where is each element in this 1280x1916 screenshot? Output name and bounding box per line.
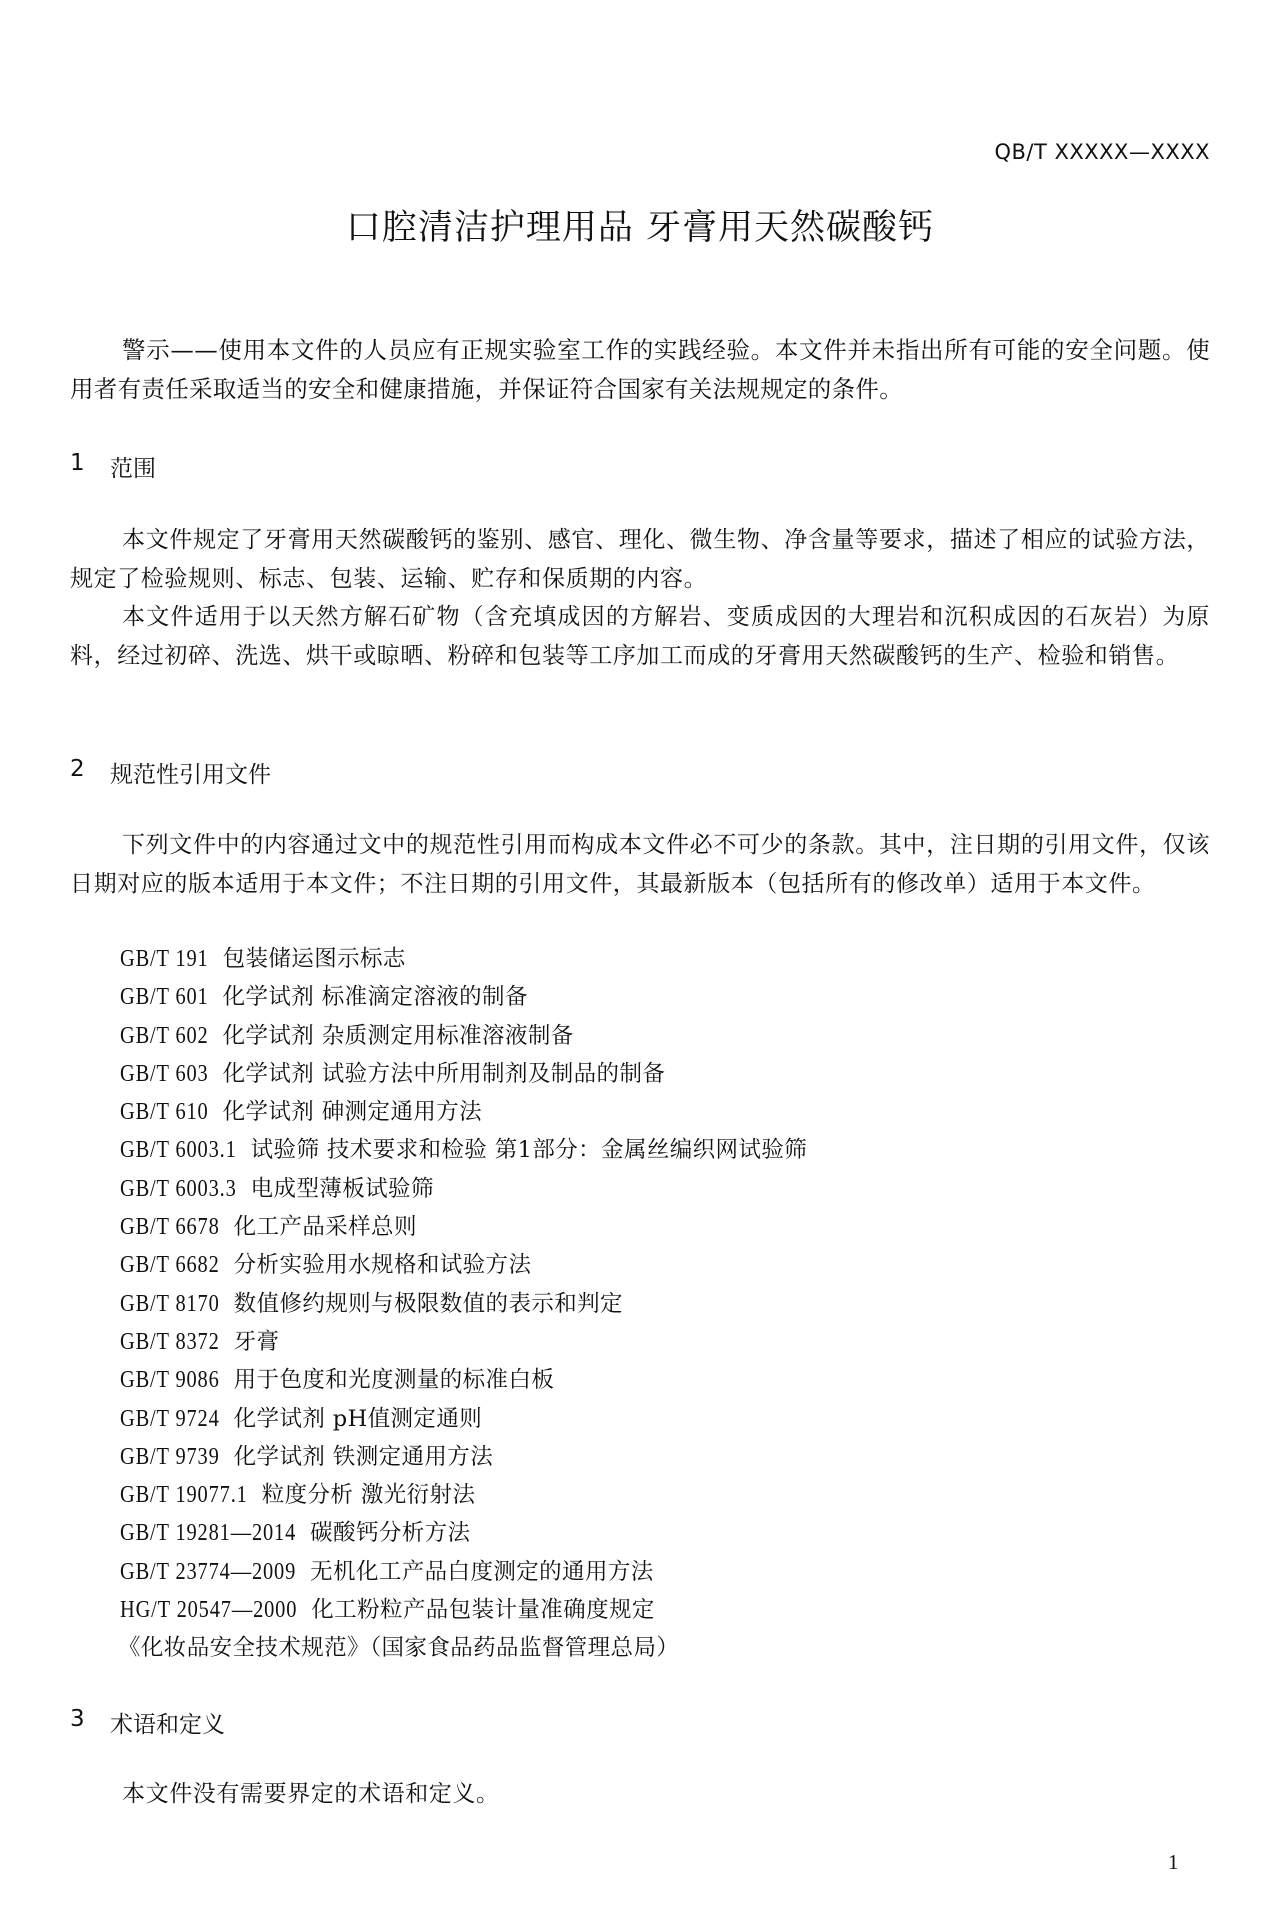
- reference-title: 数值修约规则与极限数值的表示和判定: [234, 1291, 623, 1317]
- reference-title: 粒度分析 激光衍射法: [262, 1482, 476, 1508]
- reference-title: 化学试剂 试验方法中所用制剂及制品的制备: [223, 1061, 666, 1087]
- reference-item: GB/T 6678化工产品采样总则: [120, 1208, 807, 1246]
- reference-code: GB/T 19281—2014: [120, 1514, 296, 1552]
- reference-item: 《化妆品安全技术规范》（国家食品药品监督管理总局）: [118, 1629, 807, 1667]
- reference-item: GB/T 191包装储运图示标志: [120, 940, 807, 978]
- section-heading-normative-references: 2 规范性引用文件: [70, 756, 271, 789]
- reference-title: 用于色度和光度测量的标准白板: [234, 1367, 555, 1393]
- terms-body: 本文件没有需要界定的术语和定义。: [70, 1775, 1210, 1814]
- reference-item: GB/T 603化学试剂 试验方法中所用制剂及制品的制备: [120, 1055, 807, 1093]
- section-heading-terms-definitions: 3 术语和定义: [70, 1706, 225, 1739]
- section-number: 2: [70, 756, 110, 789]
- reference-code: GB/T 6678: [120, 1208, 220, 1246]
- section-title: 术语和定义: [110, 1706, 225, 1739]
- reference-item: GB/T 23774—2009无机化工产品白度测定的通用方法: [120, 1553, 807, 1591]
- reference-item: GB/T 9086用于色度和光度测量的标准白板: [120, 1361, 807, 1399]
- reference-code: GB/T 6682: [120, 1246, 220, 1284]
- reference-title: 化学试剂 标准滴定溶液的制备: [223, 984, 528, 1010]
- reference-item: GB/T 19077.1粒度分析 激光衍射法: [120, 1476, 807, 1514]
- page-number: 1: [1168, 1850, 1179, 1875]
- section-number: 1: [70, 450, 110, 483]
- reference-title: 无机化工产品白度测定的通用方法: [310, 1559, 654, 1585]
- reference-item: GB/T 19281—2014碳酸钙分析方法: [120, 1514, 807, 1552]
- reference-item: GB/T 6682分析实验用水规格和试验方法: [120, 1246, 807, 1284]
- reference-list: GB/T 191包装储运图示标志 GB/T 601化学试剂 标准滴定溶液的制备 …: [120, 940, 807, 1668]
- document-title: 口腔清洁护理用品 牙膏用天然碳酸钙: [0, 200, 1280, 250]
- reference-item: GB/T 8372牙膏: [120, 1323, 807, 1361]
- scope-paragraph: 本文件规定了牙膏用天然碳酸钙的鉴别、感官、理化、微生物、净含量等要求，描述了相应…: [70, 521, 1210, 598]
- reference-code: GB/T 602: [120, 1017, 209, 1055]
- scope-paragraph: 本文件适用于以天然方解石矿物（含充填成因的方解岩、变质成因的大理岩和沉积成因的石…: [70, 598, 1210, 675]
- reference-title: 碳酸钙分析方法: [310, 1520, 470, 1546]
- reference-title: 化学试剂 pH值测定通则: [234, 1406, 482, 1432]
- references-paragraph: 下列文件中的内容通过文中的规范性引用而构成本文件必不可少的条款。其中，注日期的引…: [70, 826, 1210, 903]
- section-title: 规范性引用文件: [110, 756, 271, 789]
- reference-code: GB/T 9724: [120, 1400, 220, 1438]
- reference-title: 包装储运图示标志: [223, 946, 406, 972]
- reference-item: GB/T 9739化学试剂 铁测定通用方法: [120, 1438, 807, 1476]
- reference-title: 化学试剂 铁测定通用方法: [234, 1444, 493, 1470]
- reference-code: GB/T 610: [120, 1093, 209, 1131]
- document-page: QB/T XXXXX—XXXX 口腔清洁护理用品 牙膏用天然碳酸钙 警示——使用…: [0, 0, 1280, 1916]
- reference-title: 电成型薄板试验筛: [251, 1176, 434, 1202]
- reference-title: 化工粉粒产品包装计量准确度规定: [311, 1597, 655, 1623]
- section-heading-scope: 1 范围: [70, 450, 156, 483]
- reference-code: GB/T 8372: [120, 1323, 220, 1361]
- reference-code: GB/T 23774—2009: [120, 1553, 296, 1591]
- reference-item: GB/T 610化学试剂 砷测定通用方法: [120, 1093, 807, 1131]
- reference-code: GB/T 6003.3: [120, 1170, 237, 1208]
- reference-item: GB/T 8170数值修约规则与极限数值的表示和判定: [120, 1285, 807, 1323]
- reference-item: GB/T 9724化学试剂 pH值测定通则: [120, 1400, 807, 1438]
- reference-item: GB/T 6003.1试验筛 技术要求和检验 第1部分：金属丝编织网试验筛: [120, 1131, 807, 1169]
- reference-code: GB/T 9086: [120, 1361, 220, 1399]
- reference-title: 化工产品采样总则: [234, 1214, 417, 1240]
- reference-code: GB/T 9739: [120, 1438, 220, 1476]
- section-number: 3: [70, 1706, 110, 1739]
- normative-references-intro: 下列文件中的内容通过文中的规范性引用而构成本文件必不可少的条款。其中，注日期的引…: [70, 826, 1210, 903]
- section-title: 范围: [110, 450, 156, 483]
- reference-code: GB/T 191: [120, 940, 209, 978]
- reference-code: GB/T 19077.1: [120, 1476, 248, 1514]
- reference-code: GB/T 601: [120, 978, 209, 1016]
- reference-item: HG/T 20547—2000化工粉粒产品包装计量准确度规定: [120, 1591, 807, 1629]
- safety-warning: 警示——使用本文件的人员应有正规实验室工作的实践经验。本文件并未指出所有可能的安…: [70, 331, 1210, 409]
- reference-title: 试验筛 技术要求和检验 第1部分：金属丝编织网试验筛: [251, 1137, 808, 1163]
- reference-code: GB/T 8170: [120, 1285, 220, 1323]
- reference-code: GB/T 603: [120, 1055, 209, 1093]
- reference-code: HG/T 20547—2000: [120, 1591, 297, 1629]
- standard-code: QB/T XXXXX—XXXX: [995, 140, 1211, 164]
- reference-item: GB/T 602化学试剂 杂质测定用标准溶液制备: [120, 1017, 807, 1055]
- reference-item: GB/T 6003.3电成型薄板试验筛: [120, 1170, 807, 1208]
- reference-title: 化学试剂 砷测定通用方法: [223, 1099, 482, 1125]
- reference-title: 牙膏: [234, 1329, 280, 1355]
- terms-paragraph: 本文件没有需要界定的术语和定义。: [70, 1775, 1210, 1814]
- reference-title: 化学试剂 杂质测定用标准溶液制备: [223, 1023, 574, 1049]
- reference-title: 《化妆品安全技术规范》（国家食品药品监督管理总局）: [118, 1635, 679, 1661]
- reference-title: 分析实验用水规格和试验方法: [234, 1252, 532, 1278]
- reference-code: GB/T 6003.1: [120, 1131, 237, 1169]
- scope-body: 本文件规定了牙膏用天然碳酸钙的鉴别、感官、理化、微生物、净含量等要求，描述了相应…: [70, 521, 1210, 675]
- reference-item: GB/T 601化学试剂 标准滴定溶液的制备: [120, 978, 807, 1016]
